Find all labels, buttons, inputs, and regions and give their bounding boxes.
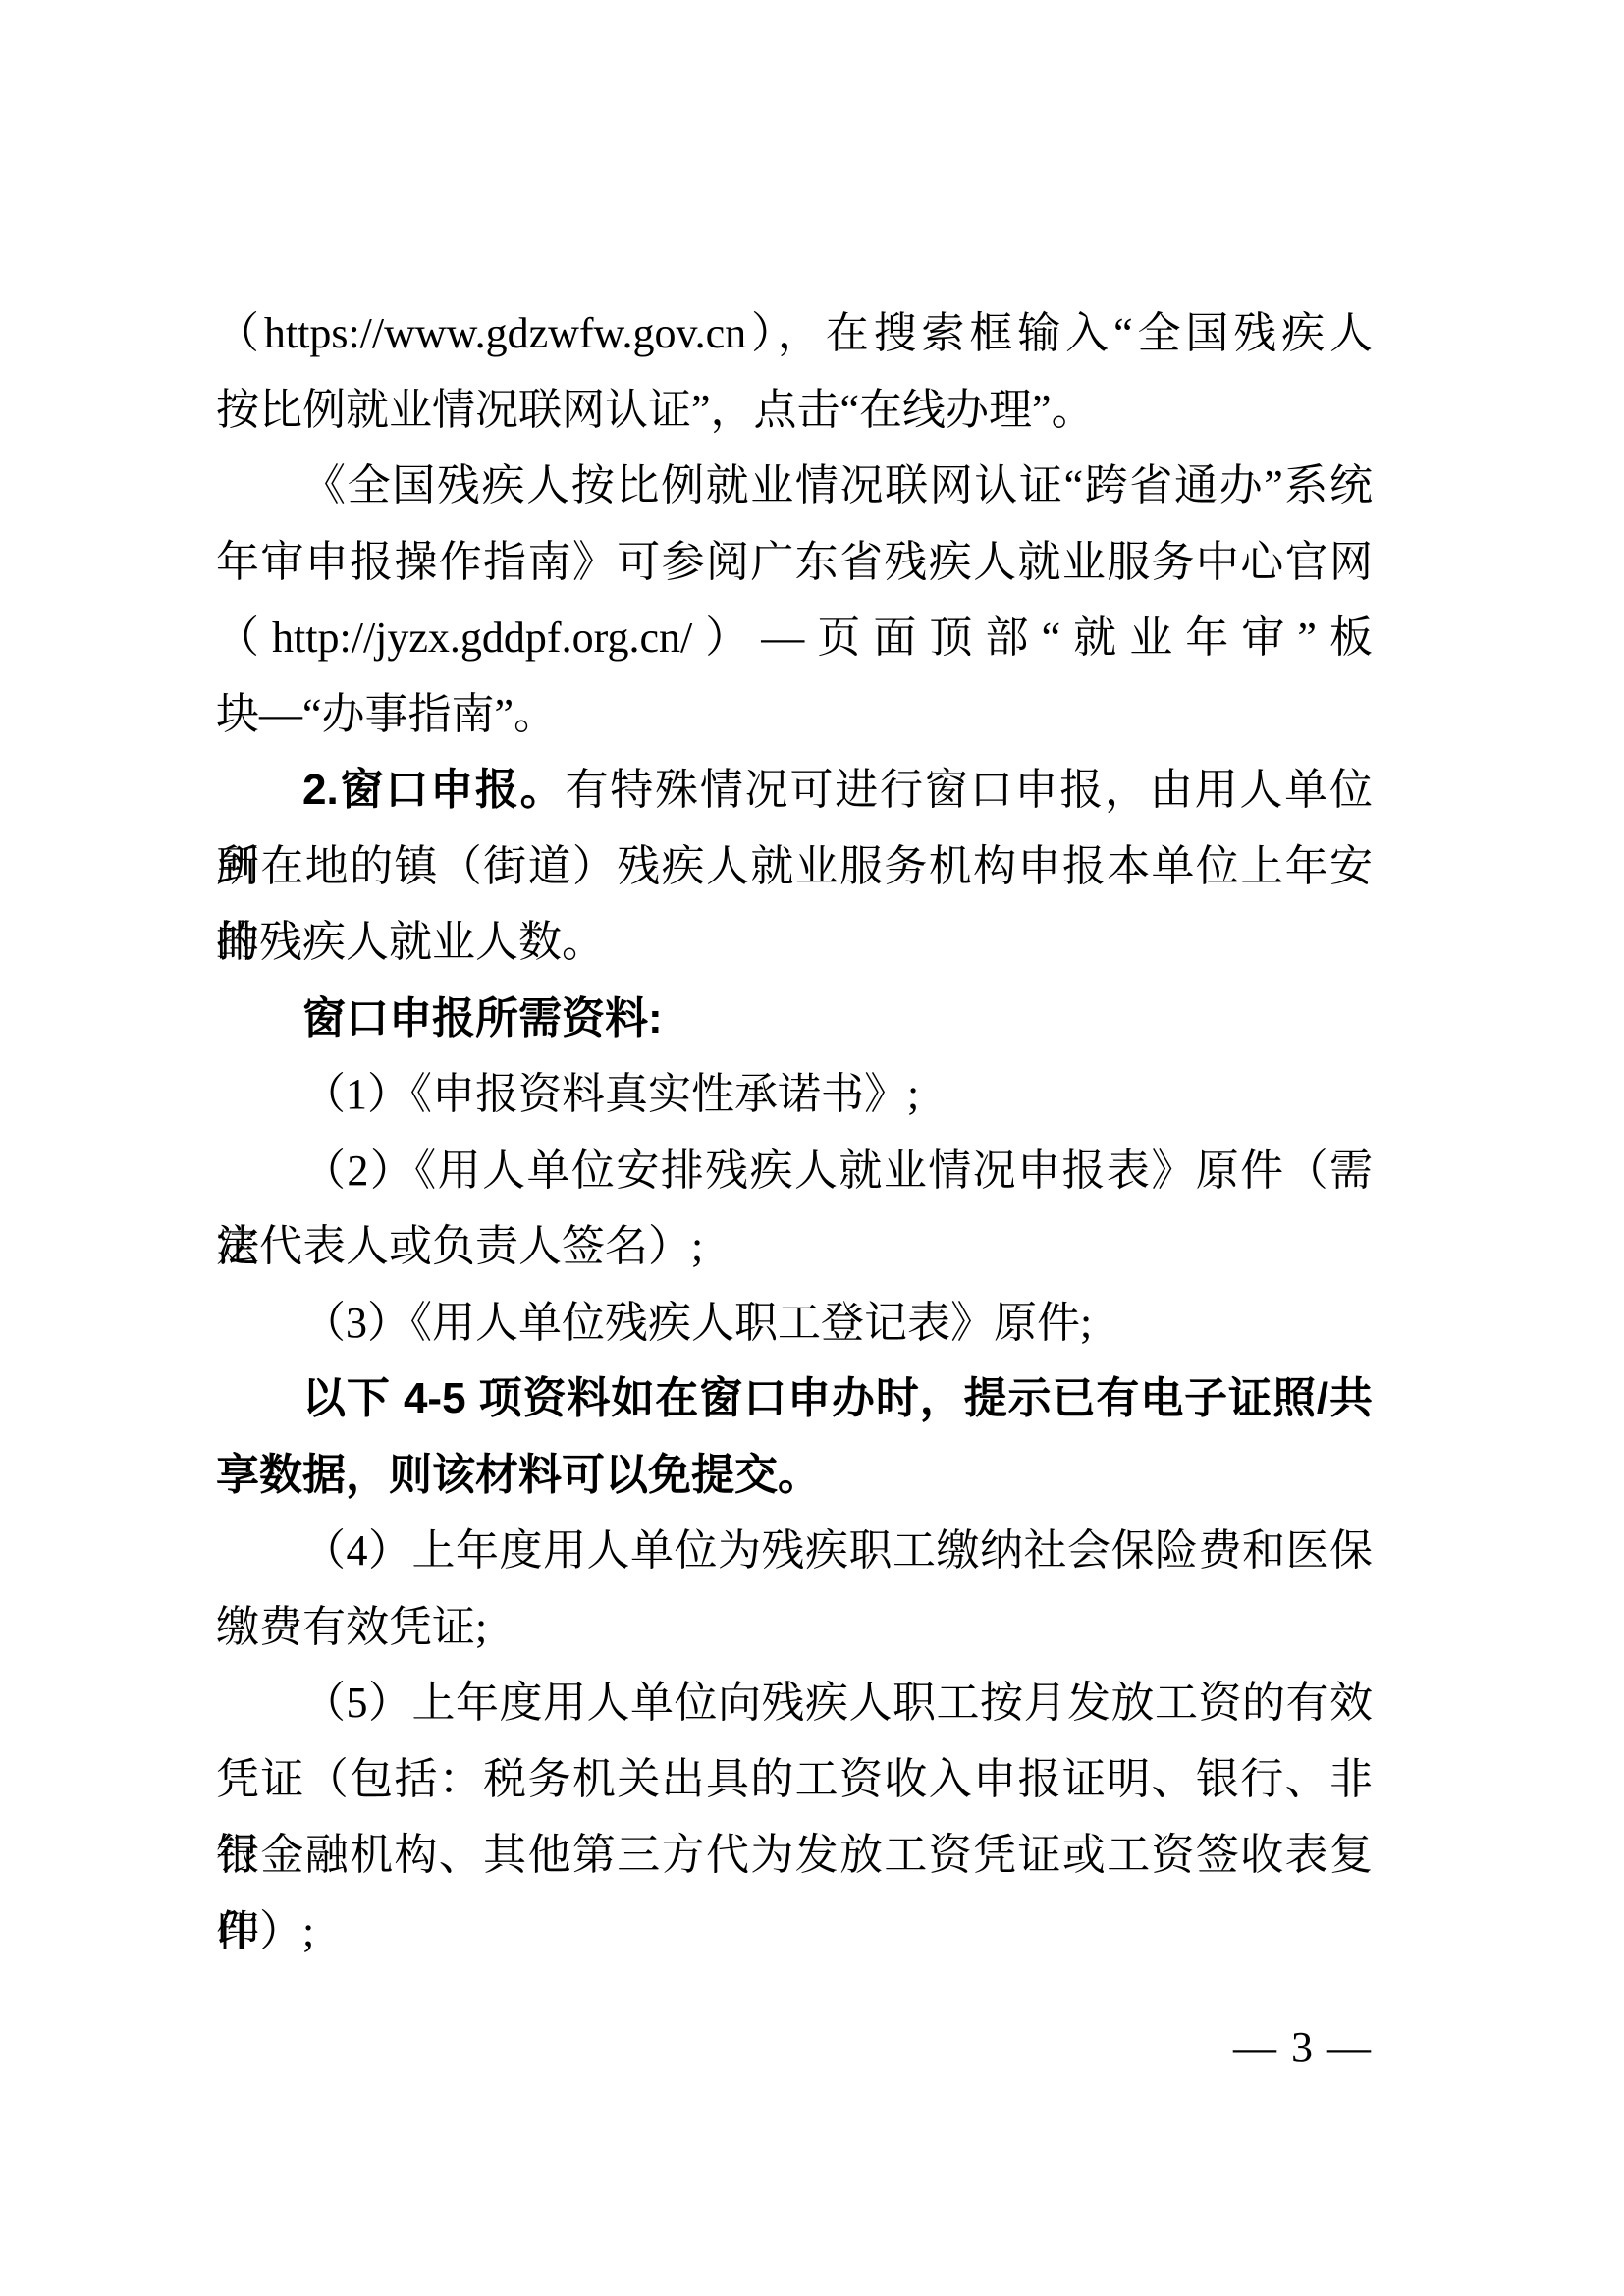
text-line: 块—“办事指南”。	[216, 676, 1373, 753]
text-segment: （http://jyzx.gddpf.org.cn/）—页面顶部“就业年审”板	[216, 614, 1373, 662]
text-segment: 按比例就业情况联网认证”，点击“在线办理”。	[216, 386, 1095, 434]
text-segment: 《全国残疾人按比例就业情况联网认证“跨省通办”系统	[302, 461, 1373, 509]
text-block: （https://www.gdzwfw.gov.cn），在搜索框输入“全国残疾人…	[216, 295, 1373, 1969]
text-line: 凭证（包括：税务机关出具的工资收入申报证明、银行、非银	[216, 1741, 1373, 1818]
text-line: 件）;	[216, 1894, 1373, 1970]
text-line: 所在地的镇（街道）残疾人就业服务机构申报本单位上年安排	[216, 828, 1373, 905]
text-line: （3）《用人单位残疾人职工登记表》原件;	[216, 1285, 1373, 1362]
bold-text-segment: 窗口申报所需资料:	[302, 994, 663, 1042]
text-line: 2.窗口申报。有特殊情况可进行窗口申报，由用人单位到	[216, 752, 1373, 828]
bold-text-segment: 2.窗口申报。	[302, 766, 565, 814]
text-line: 按比例就业情况联网认证”，点击“在线办理”。	[216, 372, 1373, 449]
text-line: （https://www.gdzwfw.gov.cn），在搜索框输入“全国残疾人	[216, 295, 1373, 372]
text-segment: 定代表人或负责人签名）;	[216, 1222, 703, 1270]
text-segment: 件）;	[216, 1907, 314, 1955]
text-line: （4）上年度用人单位为残疾职工缴纳社会保险费和医保	[216, 1513, 1373, 1589]
text-segment: 年审申报操作指南》可参阅广东省残疾人就业服务中心官网	[216, 538, 1373, 586]
text-line: 《全国残疾人按比例就业情况联网认证“跨省通办”系统	[216, 448, 1373, 524]
text-segment: （4）上年度用人单位为残疾职工缴纳社会保险费和医保	[302, 1526, 1373, 1575]
bold-text-segment: 享数据，则该材料可以免提交。	[216, 1451, 821, 1499]
text-segment: （1）《申报资料真实性承诺书》;	[302, 1070, 919, 1118]
text-segment: 块—“办事指南”。	[216, 690, 557, 738]
text-line: 的残疾人就业人数。	[216, 904, 1373, 981]
text-line: （1）《申报资料真实性承诺书》;	[216, 1056, 1373, 1133]
text-line: 缴费有效凭证;	[216, 1589, 1373, 1666]
document-page: （https://www.gdzwfw.gov.cn），在搜索框输入“全国残疾人…	[0, 0, 1624, 2296]
text-line: 定代表人或负责人签名）;	[216, 1208, 1373, 1285]
page-number: — 3 —	[1233, 2026, 1373, 2069]
bold-text-segment: 以下 4-5 项资料如在窗口申办时，提示已有电子证照/共	[302, 1374, 1373, 1422]
text-line: （2）《用人单位安排残疾人就业情况申报表》原件（需法	[216, 1133, 1373, 1209]
text-segment: 的残疾人就业人数。	[216, 918, 605, 966]
text-line: 年审申报操作指南》可参阅广东省残疾人就业服务中心官网	[216, 524, 1373, 601]
text-line: （http://jyzx.gddpf.org.cn/）—页面顶部“就业年审”板	[216, 600, 1373, 676]
text-segment: （https://www.gdzwfw.gov.cn），在搜索框输入“全国残疾人	[216, 309, 1373, 357]
text-line: 以下 4-5 项资料如在窗口申办时，提示已有电子证照/共	[216, 1361, 1373, 1437]
text-line: 享数据，则该材料可以免提交。	[216, 1437, 1373, 1514]
text-line: （5）上年度用人单位向残疾人职工按月发放工资的有效	[216, 1665, 1373, 1741]
text-segment: 缴费有效凭证;	[216, 1603, 487, 1651]
text-line: 行金融机构、其他第三方代为发放工资凭证或工资签收表复印	[216, 1817, 1373, 1894]
text-segment: （5）上年度用人单位向残疾人职工按月发放工资的有效	[302, 1679, 1373, 1727]
text-line: 窗口申报所需资料:	[216, 981, 1373, 1057]
text-segment: （3）《用人单位残疾人职工登记表》原件;	[302, 1299, 1092, 1347]
